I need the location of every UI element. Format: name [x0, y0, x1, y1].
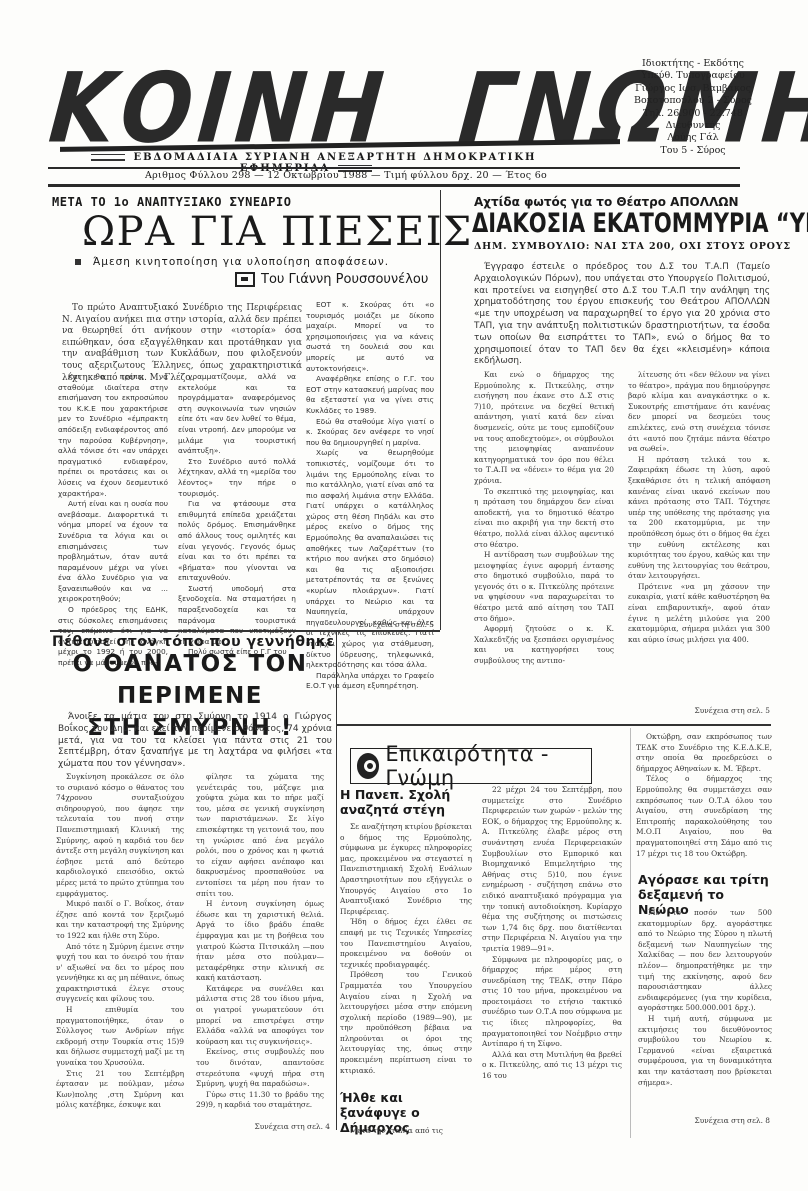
author-box-icon	[235, 272, 255, 287]
divider	[336, 724, 636, 726]
publisher-info: Ιδιοκτήτης - Εκδότης Υπεύθ. Τυπογραφείου…	[618, 58, 768, 157]
mayor-col-1: Μετά την Ιταλία από τις	[340, 1126, 472, 1137]
divider	[48, 184, 740, 187]
apollon-col-2: λίτευσης ότι «δεν θέλουν να γίνει το θέα…	[628, 370, 770, 645]
publisher-line: Ιδιοκτήτης - Εκδότης	[618, 58, 768, 70]
masthead: ΚΟΙΝΗ ΓΝΩΜΗ	[55, 55, 615, 147]
column-divider	[630, 728, 631, 1138]
death-headline-line-1: Ο ΘΑΝΑΤΟΣ ΤΟΝ ΠΕΡΙΜΕΝΕ	[50, 648, 330, 712]
bullet-icon	[75, 259, 81, 265]
divider	[48, 167, 740, 169]
apollon-continued[interactable]: Συνέχεια στη σελ. 5	[660, 706, 770, 715]
apollon-col-1: Και ενώ ο δήμαρχος της Ερμούπολης κ. Πιτ…	[474, 370, 614, 667]
death-col-1: Συγκίνηση προκάλεσε σε όλο το συριανό κό…	[56, 772, 184, 1111]
mayor-col-3: Οκτώβρη, σαν εκπρόσωπος των ΤΕΔΚ στο Συν…	[636, 732, 772, 859]
death-lead: Άνοιξε τα μάτια του στη Σμύρνη το 1914 ο…	[58, 712, 332, 771]
school-body: Σε αναζήτηση κτιρίου βρίσκεται ο δήμος τ…	[340, 822, 472, 1076]
divider	[636, 724, 771, 726]
main-subhead: Άμεση κινητοποίηση για υλοποίηση αποφάσε…	[75, 256, 389, 268]
main-byline: Του Γιάννη Ρουσσουνέλου	[235, 272, 428, 287]
neorio-continued[interactable]: Συνέχεια στη σελ. 8	[660, 1116, 770, 1125]
publisher-line: Γιώργος Ιωσ. Βαμβάκος	[618, 83, 768, 95]
apollon-lead: Έγγραφο έστειλε ο πρόεδρος του Δ.Σ του Τ…	[474, 262, 770, 368]
publisher-line: Βοκοτοπούλου 2 - Σύρος	[618, 95, 768, 107]
main-subhead-text: Άμεση κινητοποίηση για υλοποίηση αποφάσε…	[93, 256, 389, 268]
main-col-1: Και θα πρέπει να σταθούμε ιδιαίτερα στην…	[58, 372, 168, 669]
apollon-subhead: ΔΗΜ. ΣΥΜΒΟΥΛΙΟ: ΝΑΙ ΣΤΑ 200, ΟΧΙ ΣΤΟΥΣ Ο…	[474, 241, 791, 252]
eye-logo-icon	[357, 753, 379, 779]
byline-text: Του Γιάννη Ρουσσουνέλου	[261, 272, 428, 287]
main-headline: ΩΡΑ ΓΙΑ ΠΙΕΣΕΙΣ	[82, 210, 473, 254]
publisher-line: Υπεύθ. Τυπογραφείου	[618, 70, 768, 82]
mayor-col-2: 22 μέχρι 24 του Σεπτέμβρη, που συμμετείχ…	[482, 785, 622, 1082]
publisher-line: Του 5 - Σύρος	[618, 145, 768, 157]
death-continued[interactable]: Συνέχεια στη σελ. 4	[220, 1122, 330, 1131]
main-kicker: ΜΕΤΑ ΤΟ 1ο ΑΝΑΠΤΥΞΙΑΚΟ ΣΥΝΕΔΡΙΟ	[52, 195, 291, 209]
divider	[50, 630, 440, 632]
column-divider	[440, 190, 441, 630]
publisher-line: Λούης Γάλ	[618, 132, 768, 144]
section-header: Επικαιρότητα - Γνώμη	[350, 748, 592, 784]
main-continued[interactable]: Συνέχεια στη σελ. 5	[330, 620, 434, 629]
issue-line: Αριθμος Φύλλου 298 — 12 Οκτωβρίου 1988 —…	[50, 170, 740, 181]
main-col-2: γραμματίζουμε, αλλά να εκτελούμε και τα …	[178, 372, 296, 658]
apollon-kicker: Αχτίδα φωτός για το Θέατρο ΑΠΟΛΛΩΝ	[474, 195, 739, 209]
school-headline: Η Πανεπ. Σχολή αναζητά στέγη	[340, 787, 470, 817]
section-title: Επικαιρότητα - Γνώμη	[385, 742, 591, 790]
publisher-line: Διευθυντής	[618, 120, 768, 132]
column-divider	[336, 630, 337, 1130]
neorio-body: Με το ποσόν των 500 εκατομμυρίων δρχ. αγ…	[638, 908, 772, 1088]
publisher-line: Τηλ. 26.900 - 22.748	[618, 108, 768, 120]
death-col-2: φίλησε τα χώματα της γενέτειράς του, μάζ…	[196, 772, 324, 1111]
apollon-headline: ΔΙΑΚΟΣΙΑ ΕΚΑΤΟΜΜΥΡΙΑ “ΥΠΟ ΟΡΟΥΣ„	[472, 208, 808, 239]
